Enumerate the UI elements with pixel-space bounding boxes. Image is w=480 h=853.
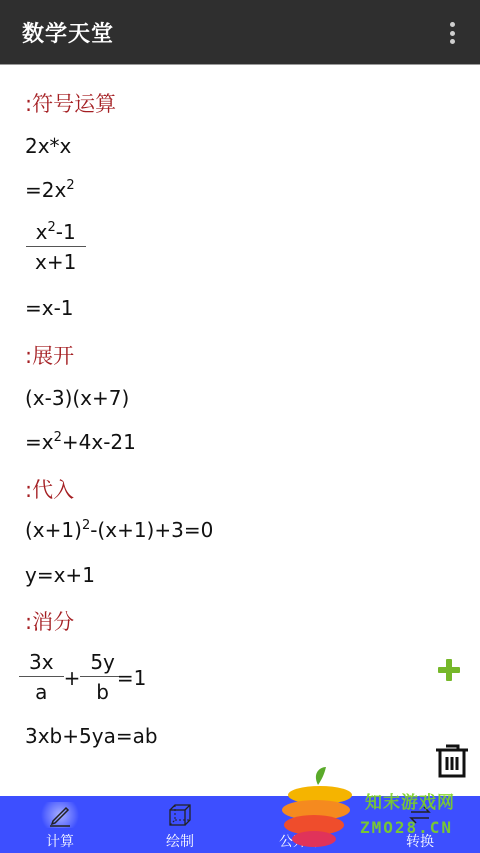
tab-open-class[interactable]: 公开课 bbox=[240, 796, 360, 853]
expression-input[interactable]: (x-3)(x+7) bbox=[25, 386, 129, 410]
trash-icon[interactable] bbox=[432, 740, 472, 780]
expression-input[interactable]: (x+1)2-(x+1)+3=0 bbox=[25, 518, 213, 542]
expression-fraction[interactable]: x2-1 x+1 bbox=[25, 220, 86, 274]
tab-calculate[interactable]: 计算 bbox=[0, 796, 120, 853]
section-heading-substitute: :代入 bbox=[25, 474, 74, 504]
watermark-text: 知末游戏网 bbox=[365, 788, 455, 813]
section-heading-expand: :展开 bbox=[25, 340, 74, 370]
expression-input[interactable]: 2x*x bbox=[25, 134, 71, 158]
expression-result: =x-1 bbox=[25, 296, 74, 320]
pencil-icon bbox=[40, 802, 80, 828]
calculation-list[interactable]: :符号运算 2x*x =2x2 x2-1 x+1 =x-1 :展开 (x-3)(… bbox=[0, 66, 480, 796]
cube-icon bbox=[165, 802, 195, 828]
expression-input[interactable]: y=x+1 bbox=[25, 563, 95, 587]
expression-result: 3xb+5ya=ab bbox=[25, 724, 158, 748]
tab-draw[interactable]: 绘制 bbox=[120, 796, 240, 853]
app-bar: 数学天堂 bbox=[0, 0, 480, 65]
expression-result: =x2+4x-21 bbox=[25, 430, 136, 454]
watermark-url: ZMO28.CN bbox=[360, 818, 453, 837]
expression-fraction[interactable]: 3x a + 5y b =1 bbox=[25, 650, 146, 704]
section-heading-clear-fractions: :消分 bbox=[25, 606, 74, 636]
section-heading-symbolic: :符号运算 bbox=[25, 88, 116, 118]
plus-icon[interactable] bbox=[434, 655, 464, 685]
app-title: 数学天堂 bbox=[22, 17, 114, 48]
class-icon bbox=[285, 802, 315, 828]
more-vert-icon[interactable] bbox=[446, 22, 458, 44]
expression-result: =2x2 bbox=[25, 178, 75, 202]
